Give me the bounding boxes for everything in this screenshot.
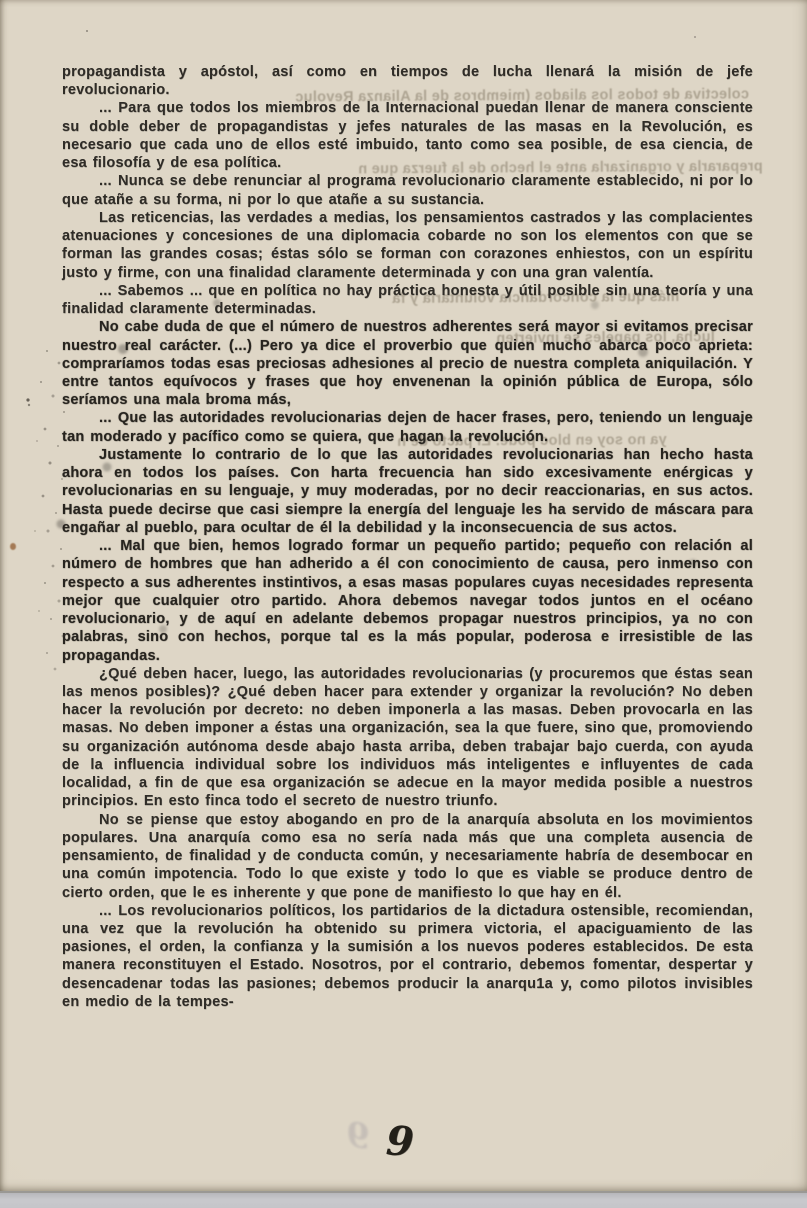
body-text: propagandista y apóstol, así como en tie… bbox=[62, 63, 753, 1011]
paragraph: ... Nunca se debe renunciar al programa … bbox=[62, 172, 753, 208]
paragraph: Justamente lo contrario de lo que las au… bbox=[62, 446, 753, 537]
scanned-book-page: colectiva de todos los aliados (miembros… bbox=[0, 0, 807, 1191]
toner-blotches bbox=[0, 0, 6, 6]
paragraph: No cabe duda de que el número de nuestro… bbox=[62, 318, 753, 409]
paragraph: Las reticencias, las verdades a medias, … bbox=[62, 209, 753, 282]
paper-stain bbox=[10, 543, 16, 550]
paragraph: ... Mal que bien, hemos logrado formar u… bbox=[62, 537, 753, 665]
paragraph: ... Los revolucionarios políticos, los p… bbox=[62, 902, 753, 1011]
paragraph: ¿Qué deben hacer, luego, las autoridades… bbox=[62, 665, 753, 811]
paragraph: ... Para que todos los miembros de la In… bbox=[62, 99, 753, 172]
scanner-bed-strip bbox=[0, 1191, 807, 1208]
paragraph: ... Sabemos ... que en política no hay p… bbox=[62, 282, 753, 318]
paragraph: propagandista y apóstol, así como en tie… bbox=[62, 63, 753, 99]
page-number-handwritten: 9 bbox=[385, 1117, 415, 1165]
paragraph: No se piense que estoy abogando en pro d… bbox=[62, 811, 753, 902]
page-number-showthrough: 9 bbox=[343, 1114, 373, 1158]
paragraph: ... Que las autoridades revolucionarias … bbox=[62, 409, 753, 445]
